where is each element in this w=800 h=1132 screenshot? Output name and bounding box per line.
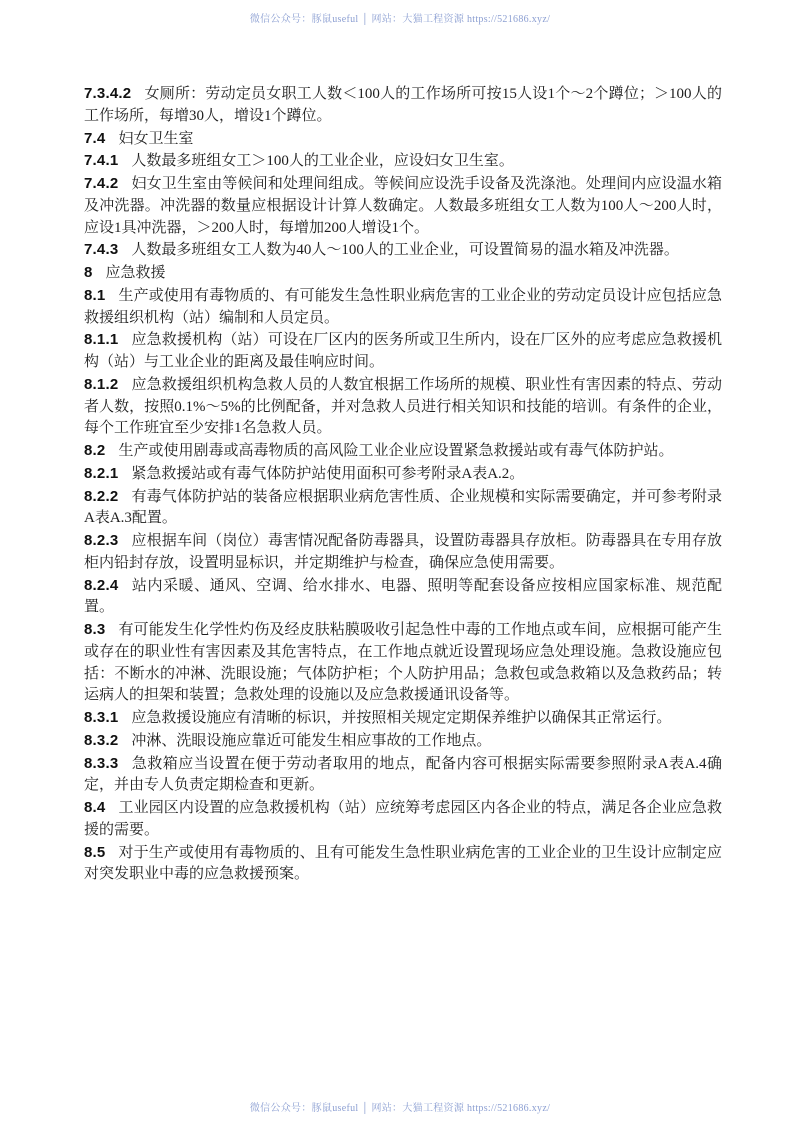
clause-number: 8	[84, 264, 106, 281]
clause-number: 7.4.3	[84, 241, 131, 258]
clause-number: 8.1.1	[84, 331, 131, 348]
clause-text: 人数最多班组女工人数为40人～100人的工业企业，可设置简易的温水箱及冲洗器。	[131, 242, 679, 258]
clause-7-4-1: 7.4.1人数最多班组女工＞100人的工业企业，应设妇女卫生室。	[84, 150, 722, 173]
clause-7-4-2: 7.4.2妇女卫生室由等候间和处理间组成。等候间应设洗手设备及洗涤池。处理间内应…	[84, 173, 722, 239]
clause-8-5: 8.5对于生产或使用有毒物质的、且有可能发生急性职业病危害的工业企业的卫生设计应…	[84, 842, 722, 887]
clause-text: 应急救援设施应有清晰的标识，并按照相关规定定期保养维护以确保其正常运行。	[131, 710, 671, 726]
clause-text: 应急救援	[106, 265, 166, 281]
clause-text: 工业园区内设置的应急救援机构（站）应统筹考虑园区内各企业的特点，满足各企业应急救…	[84, 800, 722, 838]
clause-7-3-4-2: 7.3.4.2女厕所：劳动定员女职工人数＜100人的工作场所可按15人设1个～2…	[84, 83, 722, 128]
clause-text: 妇女卫生室	[118, 131, 193, 147]
clause-text: 站内采暖、通风、空调、给水排水、电器、照明等配套设备应按相应国家标准、规范配置。	[84, 578, 722, 616]
clause-8-3-3: 8.3.3急救箱应当设置在便于劳动者取用的地点，配备内容可根据实际需要参照附录A…	[84, 753, 722, 798]
clause-text: 生产或使用剧毒或高毒物质的高风险工业企业应设置紧急救援站或有毒气体防护站。	[118, 443, 673, 459]
clause-7-4: 7.4妇女卫生室	[84, 128, 722, 151]
clause-8-2: 8.2生产或使用剧毒或高毒物质的高风险工业企业应设置紧急救援站或有毒气体防护站。	[84, 440, 722, 463]
clause-number: 7.4.2	[84, 175, 131, 192]
clause-8-1-1: 8.1.1应急救援机构（站）可设在厂区内的医务所或卫生所内，设在厂区外的应考虑应…	[84, 329, 722, 374]
clause-8-2-2: 8.2.2有毒气体防护站的装备应根据职业病危害性质、企业规模和实际需要确定，并可…	[84, 486, 722, 531]
clause-number: 8.2.1	[84, 465, 131, 482]
clause-text: 急救箱应当设置在便于劳动者取用的地点，配备内容可根据实际需要参照附录A表A.4确…	[84, 756, 722, 794]
clause-text: 有可能发生化学性灼伤及经皮肤粘膜吸收引起急性中毒的工作地点或车间，应根据可能产生…	[84, 622, 722, 703]
clause-number: 7.4	[84, 130, 118, 147]
clause-number: 8.2	[84, 442, 118, 459]
clause-number: 7.4.1	[84, 152, 131, 169]
clause-text: 冲淋、洗眼设施应靠近可能发生相应事故的工作地点。	[131, 733, 491, 749]
clause-8: 8应急救援	[84, 262, 722, 285]
document-page: 微信公众号：豚鼠useful │ 网站：大猫工程资源 https://52168…	[0, 0, 800, 1132]
clause-text: 对于生产或使用有毒物质的、且有可能发生急性职业病危害的工业企业的卫生设计应制定应…	[84, 845, 722, 883]
clause-8-1-2: 8.1.2应急救援组织机构急救人员的人数宜根据工作场所的规模、职业性有害因素的特…	[84, 374, 722, 440]
clause-text: 人数最多班组女工＞100人的工业企业，应设妇女卫生室。	[131, 153, 514, 169]
clause-text: 应根据车间（岗位）毒害情况配备防毒器具，设置防毒器具存放柜。防毒器具在专用存放柜…	[84, 533, 722, 571]
clause-text: 妇女卫生室由等候间和处理间组成。等候间应设洗手设备及洗涤池。处理间内应设温水箱及…	[84, 176, 722, 236]
clause-text: 应急救援组织机构急救人员的人数宜根据工作场所的规模、职业性有害因素的特点、劳动者…	[84, 377, 722, 437]
clause-8-2-1: 8.2.1紧急救援站或有毒气体防护站使用面积可参考附录A表A.2。	[84, 463, 722, 486]
clause-number: 8.3	[84, 621, 118, 638]
clause-number: 8.2.4	[84, 577, 131, 594]
clause-number: 8.5	[84, 844, 118, 861]
clause-text: 紧急救援站或有毒气体防护站使用面积可参考附录A表A.2。	[131, 466, 524, 482]
clause-number: 7.3.4.2	[84, 85, 144, 102]
clause-8-3: 8.3有可能发生化学性灼伤及经皮肤粘膜吸收引起急性中毒的工作地点或车间，应根据可…	[84, 619, 722, 707]
clause-number: 8.3.3	[84, 755, 131, 772]
clause-number: 8.2.3	[84, 532, 131, 549]
clause-number: 8.1	[84, 287, 118, 304]
clause-number: 8.4	[84, 799, 118, 816]
clause-text: 应急救援机构（站）可设在厂区内的医务所或卫生所内，设在厂区外的应考虑应急救援机构…	[84, 332, 722, 370]
clause-8-3-1: 8.3.1应急救援设施应有清晰的标识，并按照相关规定定期保养维护以确保其正常运行…	[84, 707, 722, 730]
clause-8-3-2: 8.3.2冲淋、洗眼设施应靠近可能发生相应事故的工作地点。	[84, 730, 722, 753]
document-body: 7.3.4.2女厕所：劳动定员女职工人数＜100人的工作场所可按15人设1个～2…	[84, 83, 722, 886]
clause-number: 8.3.1	[84, 709, 131, 726]
clause-8-4: 8.4工业园区内设置的应急救援机构（站）应统筹考虑园区内各企业的特点，满足各企业…	[84, 797, 722, 842]
clause-8-2-4: 8.2.4站内采暖、通风、空调、给水排水、电器、照明等配套设备应按相应国家标准、…	[84, 575, 722, 620]
clause-number: 8.2.2	[84, 488, 131, 505]
clause-number: 8.3.2	[84, 732, 131, 749]
clause-8-1: 8.1生产或使用有毒物质的、有可能发生急性职业病危害的工业企业的劳动定员设计应包…	[84, 285, 722, 330]
clause-8-2-3: 8.2.3应根据车间（岗位）毒害情况配备防毒器具，设置防毒器具存放柜。防毒器具在…	[84, 530, 722, 575]
clause-number: 8.1.2	[84, 376, 131, 393]
clause-text: 女厕所：劳动定员女职工人数＜100人的工作场所可按15人设1个～2个蹲位；＞10…	[84, 86, 722, 124]
footer-watermark: 微信公众号：豚鼠useful │ 网站：大猫工程资源 https://52168…	[0, 1099, 800, 1114]
clause-7-4-3: 7.4.3人数最多班组女工人数为40人～100人的工业企业，可设置简易的温水箱及…	[84, 239, 722, 262]
clause-text: 有毒气体防护站的装备应根据职业病危害性质、企业规模和实际需要确定，并可参考附录A…	[84, 489, 722, 527]
clause-text: 生产或使用有毒物质的、有可能发生急性职业病危害的工业企业的劳动定员设计应包括应急…	[84, 288, 722, 326]
header-watermark: 微信公众号：豚鼠useful │ 网站：大猫工程资源 https://52168…	[0, 10, 800, 25]
